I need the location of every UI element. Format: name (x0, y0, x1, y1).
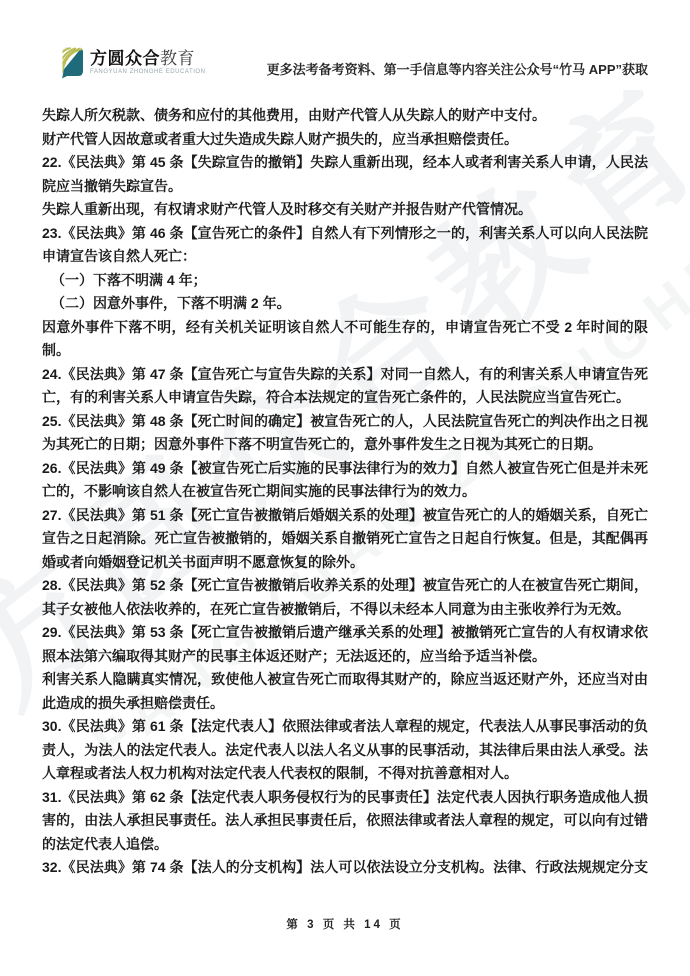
body-paragraph: 财产代管人因故意或者重大过失造成失踪人财产损失的，应当承担赔偿责任。 (42, 128, 648, 152)
brand-name-suffix: 教育 (160, 49, 195, 68)
page-footer: 第 3 页 共 14 页 (0, 916, 690, 932)
body-paragraph: 31.《民法典》第 62 条【法定代表人职务侵权行为的民事责任】法定代表人因执行… (42, 786, 648, 857)
body-paragraph: （一）下落不明满 4 年； (42, 269, 648, 293)
body-paragraph: 因意外事件下落不明，经有关机关证明该自然人不可能生存的，申请宣告死亡不受 2 年… (42, 316, 648, 363)
body-paragraph: 28.《民法典》第 52 条【死亡宣告被撤销后收养关系的处理】被宣告死亡的人在被… (42, 574, 648, 621)
body-paragraph: 失踪人所欠税款、债务和应付的其他费用，由财产代管人从失踪人的财产中支付。 (42, 104, 648, 128)
body-paragraph: 29.《民法典》第 53 条【死亡宣告被撤销后遗产继承关系的处理】被撤销死亡宣告… (42, 621, 648, 668)
brand-tagline: FANGYUAN ZHONGHE EDUCATION (90, 69, 206, 75)
brand-name-main: 方圆众合 (90, 49, 160, 68)
document-body: 失踪人所欠税款、债务和应付的其他费用，由财产代管人从失踪人的财产中支付。财产代管… (0, 79, 690, 874)
body-paragraph: 24.《民法典》第 47 条【宣告死亡与宣告失踪的关系】对同一自然人，有的利害关… (42, 363, 648, 410)
body-paragraph: 22.《民法典》第 45 条【失踪宣告的撤销】失踪人重新出现，经本人或者利害关系… (42, 151, 648, 198)
header-notice: 更多法考备考资料、第一手信息等内容关注公众号“竹马 APP”获取 (267, 59, 648, 79)
brand-text: 方圆众合教育 FANGYUAN ZHONGHE EDUCATION (90, 50, 206, 75)
document-page: 方圆众合教育 FANGYUAN ZHONGHE (0, 0, 690, 976)
body-paragraph: 利害关系人隐瞒真实情况，致使他人被宣告死亡而取得其财产的，除应当返还财产外，还应… (42, 668, 648, 715)
page-header: 方圆众合教育 FANGYUAN ZHONGHE EDUCATION 更多法考备考… (0, 0, 690, 79)
body-paragraph: 27.《民法典》第 51 条【死亡宣告被撤销后婚姻关系的处理】被宣告死亡的人的婚… (42, 504, 648, 575)
body-paragraph: （二）因意外事件，下落不明满 2 年。 (42, 292, 648, 316)
body-paragraph: 失踪人重新出现，有权请求财产代管人及时移交有关财产并报告财产代管情况。 (42, 198, 648, 222)
brand-logo: 方圆众合教育 FANGYUAN ZHONGHE EDUCATION (60, 46, 206, 79)
body-paragraph: 23.《民法典》第 46 条【宣告死亡的条件】自然人有下列情形之一的，利害关系人… (42, 222, 648, 269)
page-number: 第 3 页 共 14 页 (286, 919, 403, 931)
brand-logo-icon (60, 46, 85, 79)
body-paragraph: 30.《民法典》第 61 条【法定代表人】依照法律或者法人章程的规定，代表法人从… (42, 715, 648, 786)
body-paragraph: 32.《民法典》第 74 条【法人的分支机构】法人可以依法设立分支机构。法律、行… (42, 856, 648, 874)
brand-name: 方圆众合教育 (90, 50, 206, 67)
body-paragraph: 26.《民法典》第 49 条【被宣告死亡后实施的民事法律行为的效力】自然人被宣告… (42, 457, 648, 504)
body-paragraph: 25.《民法典》第 48 条【死亡时间的确定】被宣告死亡的人，人民法院宣告死亡的… (42, 410, 648, 457)
